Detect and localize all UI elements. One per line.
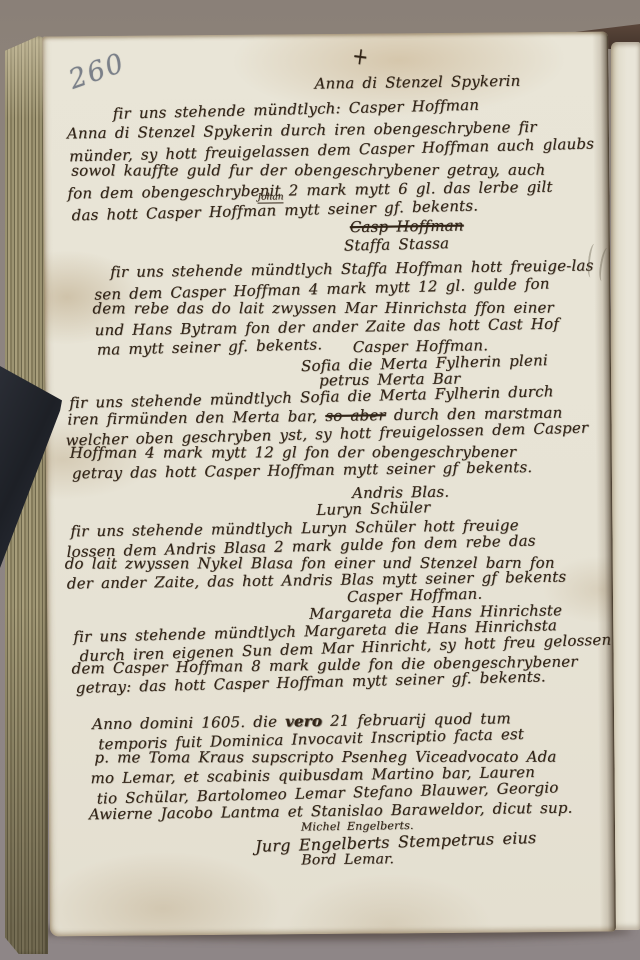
entry-heading: Anna di Stenzel Spykerin — [314, 72, 520, 93]
facing-page-edge — [611, 42, 640, 930]
signature-line: Jurg Engelberts Stempetrus eius — [255, 828, 537, 856]
entry-heading: Staffa Stassa — [344, 234, 450, 255]
manuscript-line: getray das hott Casper Hoffman mytt sein… — [72, 458, 533, 482]
page-number-pencil: 260 — [65, 47, 130, 95]
interlinear-insertion: Johan — [257, 192, 283, 203]
entry-heading: Luryn Schüler — [316, 498, 431, 519]
manuscript-line: dem rebe das do lait zwyssen Mar Hinrich… — [92, 299, 553, 318]
line-segment: Anno domini 1605. die — [92, 712, 285, 733]
manuscript-line: fon dem obengeschrybenit 2 mark mytt 6 g… — [67, 178, 552, 203]
manuscript-photo: 260 + Anna di Stenzel Spykerin fir uns s… — [0, 0, 640, 960]
signature-line: Michel Engelberts. — [301, 819, 414, 834]
manuscript-line: sowol kauffte guld fur der obengeschrybe… — [71, 161, 545, 180]
cross-mark: + — [351, 42, 371, 71]
manuscript-line: ma mytt seiner gf. bekents. — [97, 335, 323, 359]
line-segment-bold: vero — [285, 712, 322, 731]
manuscript-page: 260 + Anna di Stenzel Spykerin fir uns s… — [42, 32, 616, 937]
manuscript-line: und Hans Bytram fon der ander Zaite das … — [95, 315, 560, 339]
line-segment-struck: so aber — [325, 406, 386, 425]
signature-line: Bord Lemar. — [301, 851, 394, 868]
